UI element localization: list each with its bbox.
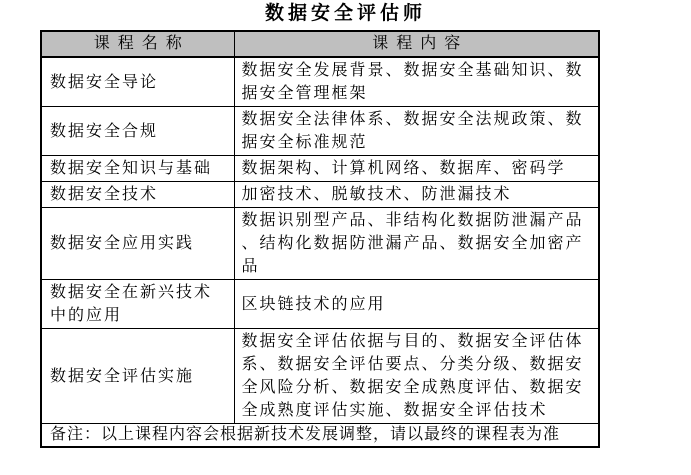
table-row: 数据安全评估实施 数据安全评估依据与目的、数据安全评估体系、数据安全评估要点、分… [41, 329, 599, 424]
course-name-cell: 数据安全技术 [41, 182, 234, 208]
course-content-cell: 数据安全法律体系、数据安全法规政策、数据安全标准规范 [234, 107, 599, 156]
note-row: 备注：以上课程内容会根据新技术发展调整，请以最终的课程表为准 [41, 424, 599, 448]
course-name-cell: 数据安全导论 [41, 57, 234, 107]
course-name-cell: 数据安全评估实施 [41, 329, 234, 424]
header-course-name: 课程名称 [41, 31, 234, 57]
table-row: 数据安全应用实践 数据识别型产品、非结构化数据防泄漏产品、结构化数据防泄漏产品、… [41, 208, 599, 280]
course-content-cell: 数据安全发展背景、数据安全基础知识、数据安全管理框架 [234, 57, 599, 107]
table-row: 数据安全导论 数据安全发展背景、数据安全基础知识、数据安全管理框架 [41, 57, 599, 107]
course-content-cell: 区块链技术的应用 [234, 280, 599, 329]
document-page: 数据安全评估师 课程名称 课程内容 数据安全导论 数据安全发展背景、数据安全基础… [0, 3, 691, 475]
table-row: 数据安全技术 加密技术、脱敏技术、防泄漏技术 [41, 182, 599, 208]
page-title: 数据安全评估师 [0, 3, 691, 25]
course-table: 课程名称 课程内容 数据安全导论 数据安全发展背景、数据安全基础知识、数据安全管… [40, 30, 600, 448]
course-name-cell: 数据安全在新兴技术中的应用 [41, 280, 234, 329]
course-name-cell: 数据安全合规 [41, 107, 234, 156]
table-row: 数据安全知识与基础 数据架构、计算机网络、数据库、密码学 [41, 156, 599, 182]
header-course-content: 课程内容 [234, 31, 599, 57]
course-name-cell: 数据安全知识与基础 [41, 156, 234, 182]
table-header-row: 课程名称 课程内容 [41, 31, 599, 57]
note-cell: 备注：以上课程内容会根据新技术发展调整，请以最终的课程表为准 [41, 424, 599, 448]
course-content-cell: 数据安全评估依据与目的、数据安全评估体系、数据安全评估要点、分类分级、数据安全风… [234, 329, 599, 424]
course-content-cell: 加密技术、脱敏技术、防泄漏技术 [234, 182, 599, 208]
course-name-cell: 数据安全应用实践 [41, 208, 234, 280]
course-content-cell: 数据架构、计算机网络、数据库、密码学 [234, 156, 599, 182]
table-row: 数据安全在新兴技术中的应用 区块链技术的应用 [41, 280, 599, 329]
table-row: 数据安全合规 数据安全法律体系、数据安全法规政策、数据安全标准规范 [41, 107, 599, 156]
course-content-cell: 数据识别型产品、非结构化数据防泄漏产品、结构化数据防泄漏产品、数据安全加密产品 [234, 208, 599, 280]
